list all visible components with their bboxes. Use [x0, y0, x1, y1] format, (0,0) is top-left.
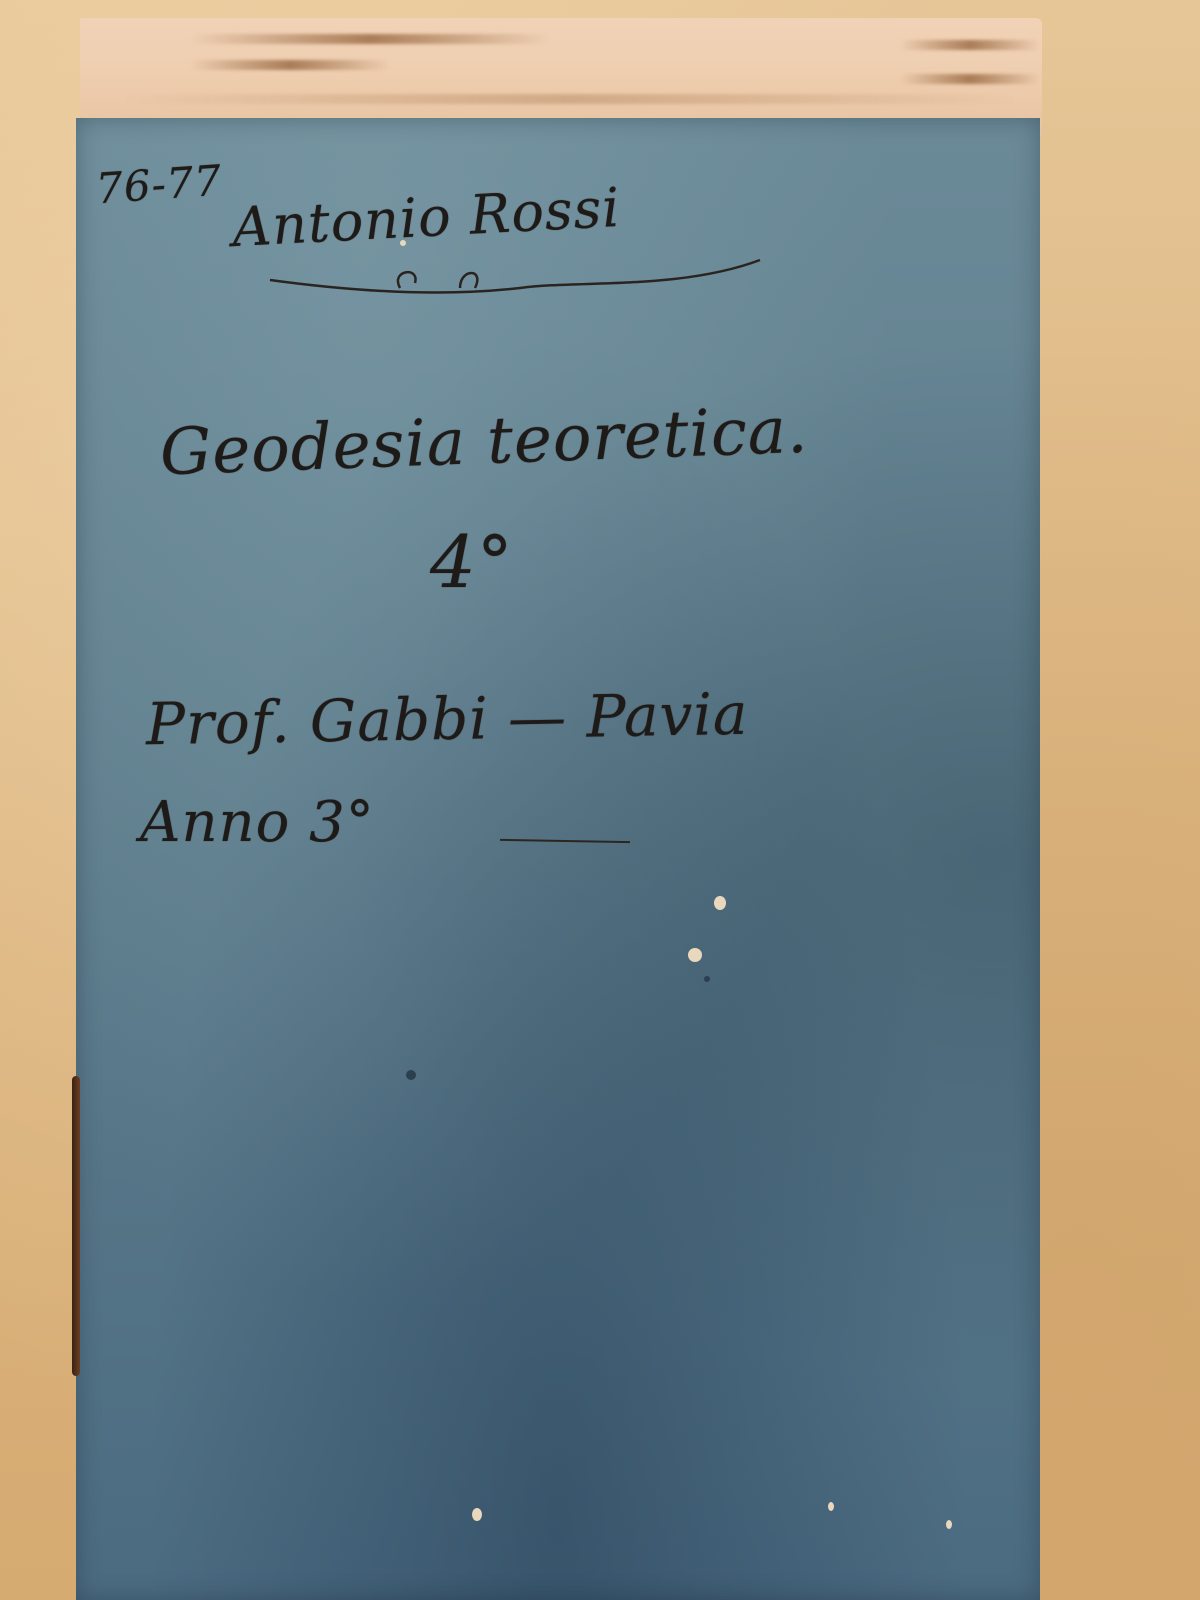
year-range: 76-77	[94, 156, 223, 214]
binding-thread	[72, 1076, 80, 1376]
water-stain	[900, 40, 1040, 50]
water-stain	[900, 74, 1040, 84]
paper-hole	[828, 1502, 834, 1511]
volume-number: 4°	[430, 520, 514, 604]
water-stain	[190, 34, 550, 44]
paper-hole	[400, 240, 406, 246]
water-stain	[120, 94, 1020, 104]
professor-location: Prof. Gabbi — Pavia	[145, 680, 749, 759]
paper-hole	[714, 896, 726, 910]
course-year: Anno 3°	[140, 790, 375, 855]
ink-speck	[406, 1070, 416, 1080]
paper-hole	[472, 1508, 482, 1521]
paper-hole	[688, 948, 702, 962]
paper-hole	[946, 1520, 952, 1529]
water-stain	[190, 60, 390, 70]
ink-speck	[704, 976, 710, 982]
notebook-cover	[76, 118, 1040, 1600]
signature-flourish	[260, 250, 780, 310]
